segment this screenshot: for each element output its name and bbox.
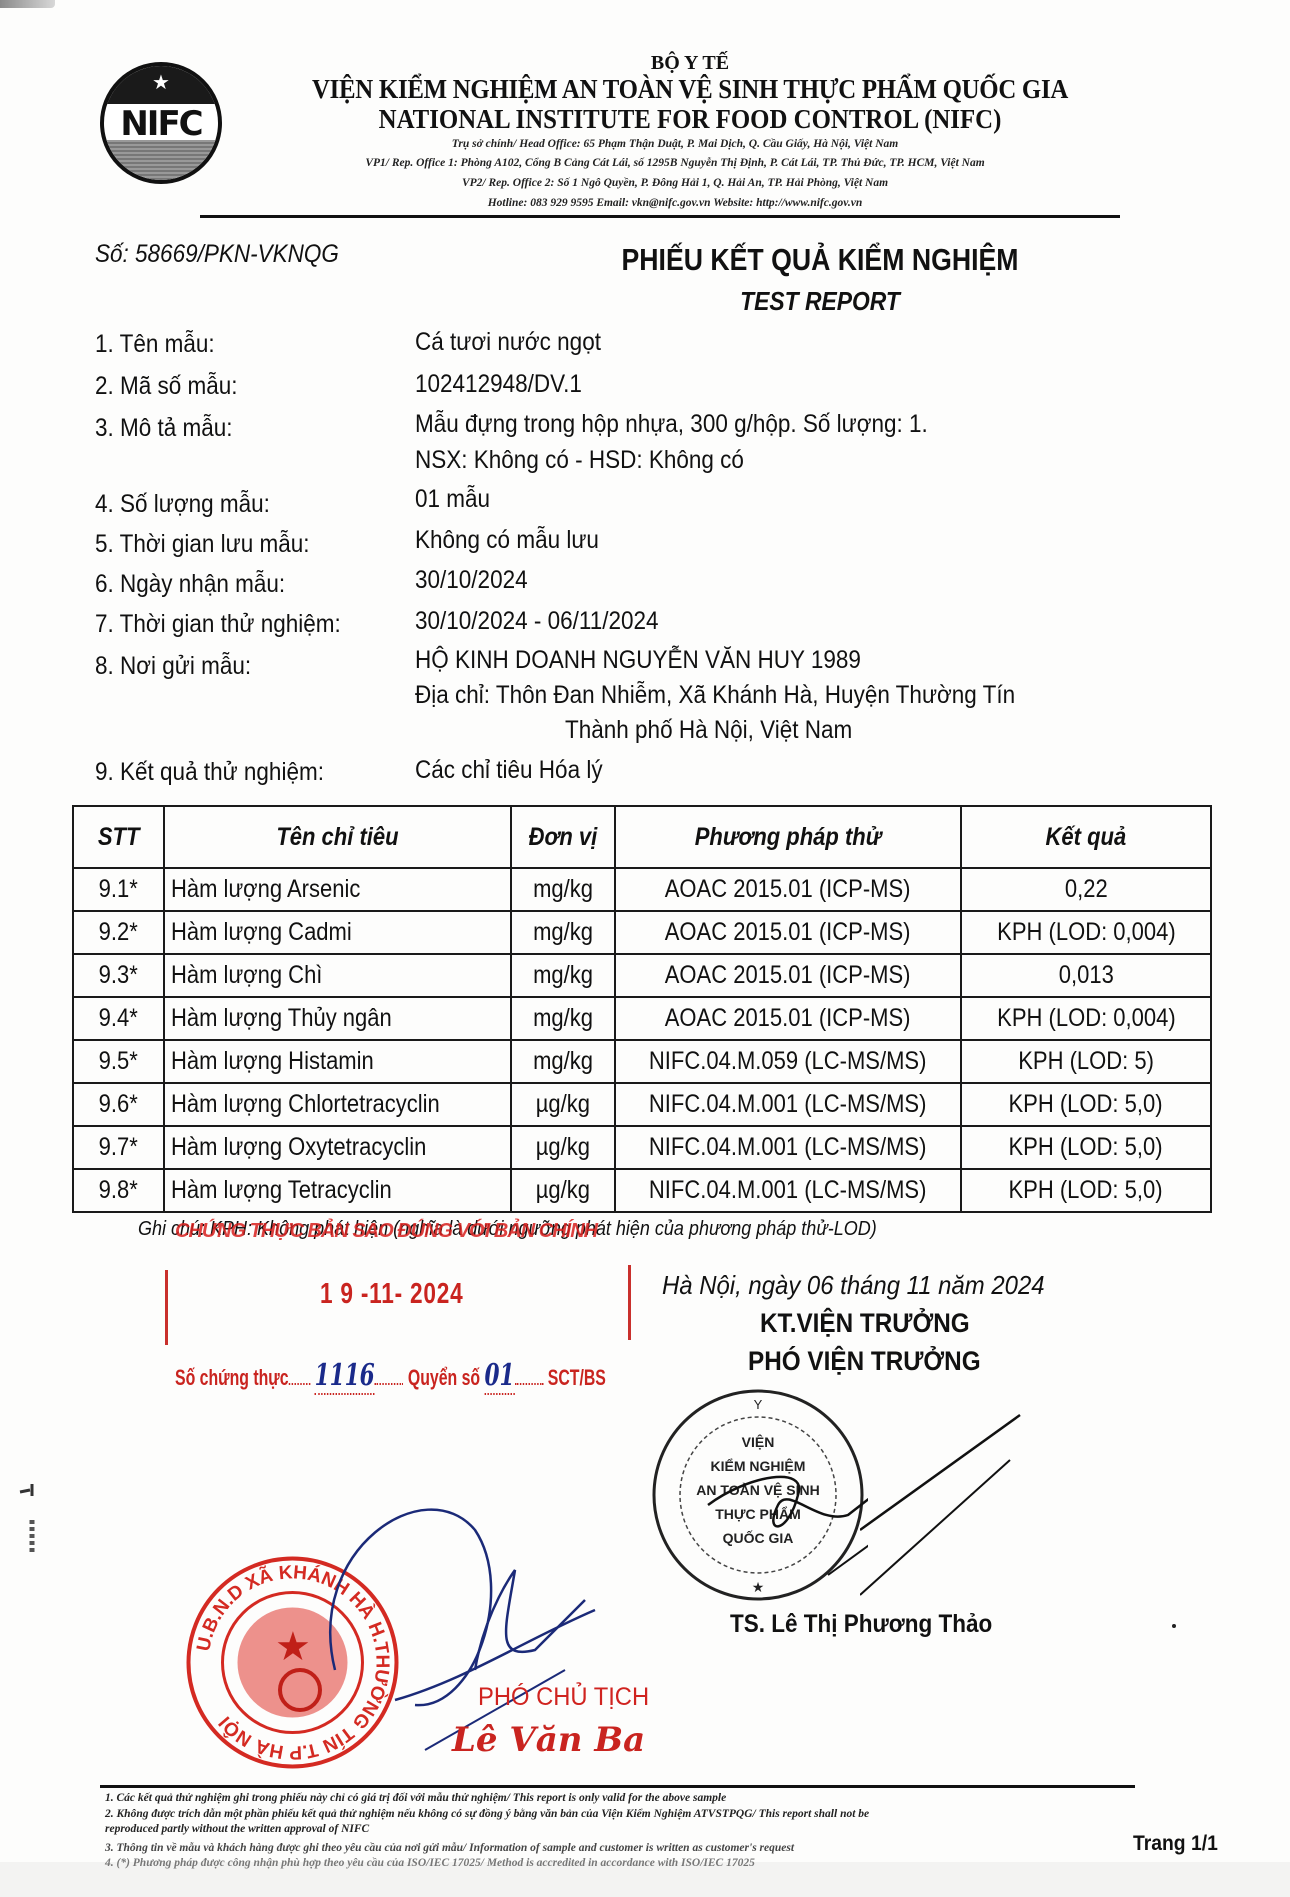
field-label-sample-description: 3. Mô tả mẫu:	[95, 414, 233, 443]
rep-office-1-address: VP1/ Rep. Office 1: Phòng A102, Cổng B C…	[200, 157, 1150, 169]
col-header-unit: Đơn vị	[511, 806, 615, 868]
certification-register-line: Số chứng thực 1116 Quyển số 01 SCT/BS	[175, 1358, 606, 1395]
cell-result: KPH (LOD: 0,004)	[961, 911, 1211, 954]
cell-unit: mg/kg	[511, 868, 615, 911]
footer-note-3: 3. Thông tin về mẫu và khách hàng được g…	[105, 1842, 794, 1854]
ministry-name: BỘ Y TẾ	[600, 52, 780, 75]
svg-text:KIỂM NGHIỆM: KIỂM NGHIỆM	[711, 1457, 806, 1474]
cell-indicator: Hàm lượng Chì	[164, 954, 511, 997]
chairman-name: Lê Văn Ba	[452, 1720, 645, 1760]
field-value-test-result: Các chỉ tiêu Hóa lý	[415, 756, 603, 785]
svg-text:★: ★	[752, 1579, 765, 1595]
field-value-sender-address: Địa chỉ: Thôn Đan Nhiễm, Xã Khánh Hà, Hu…	[415, 681, 1015, 710]
register-number: 1116	[315, 1358, 375, 1395]
register-label: Số chứng thực	[175, 1365, 289, 1390]
table-row: 9.2*Hàm lượng Cadmimg/kgAOAC 2015.01 (IC…	[73, 911, 1211, 954]
cell-indicator: Hàm lượng Chlortetracyclin	[164, 1083, 511, 1126]
cell-indicator: Hàm lượng Cadmi	[164, 911, 511, 954]
footer-note-4: 4. (*) Phương pháp được công nhận phù hợ…	[105, 1857, 755, 1869]
col-header-result: Kết quả	[961, 806, 1211, 868]
table-row: 9.8*Hàm lượng Tetracyclinµg/kgNIFC.04.M.…	[73, 1169, 1211, 1212]
cert-frame-right	[628, 1265, 631, 1340]
cell-result: 0,013	[961, 954, 1211, 997]
field-value-retention: Không có mẫu lưu	[415, 526, 599, 555]
certification-date: 1 9 -11- 2024	[320, 1278, 463, 1311]
stray-dot	[1172, 1624, 1176, 1628]
table-row: 9.4*Hàm lượng Thủy ngânmg/kgAOAC 2015.01…	[73, 997, 1211, 1040]
field-value-test-period: 30/10/2024 - 06/11/2024	[415, 607, 659, 636]
cell-stt: 9.5*	[73, 1040, 164, 1083]
cell-method: NIFC.04.M.001 (LC-MS/MS)	[615, 1126, 961, 1169]
field-label-retention: 5. Thời gian lưu mẫu:	[95, 530, 310, 559]
cell-stt: 9.4*	[73, 997, 164, 1040]
contact-line: Hotline: 083 929 9595 Email: vkn@nifc.go…	[200, 197, 1150, 209]
cell-method: NIFC.04.M.001 (LC-MS/MS)	[615, 1083, 961, 1126]
cell-unit: µg/kg	[511, 1169, 615, 1212]
col-header-stt: STT	[73, 806, 164, 868]
register-suffix: SCT/BS	[548, 1365, 606, 1390]
field-value-sample-name: Cá tươi nước ngọt	[415, 328, 601, 357]
scan-artifact	[18, 1480, 42, 1560]
head-office-address: Trụ sở chính/ Head Office: 65 Phạm Thận …	[200, 138, 1150, 150]
report-title: PHIẾU KẾT QUẢ KIỂM NGHIỆM	[562, 242, 1078, 278]
director-signature	[860, 1400, 1050, 1600]
footer-note-2-cont: reproduced partly without the written ap…	[105, 1823, 369, 1835]
table-header-row: STT Tên chỉ tiêu Đơn vị Phương pháp thử …	[73, 806, 1211, 868]
cell-method: AOAC 2015.01 (ICP-MS)	[615, 954, 961, 997]
star-icon: ★	[104, 72, 218, 94]
certification-overlay-text: CHỨNG THỰC BẢN SAO ĐÚNG VỚI BẢN CHÍNH	[175, 1220, 597, 1243]
document-page: ★ NIFC BỘ Y TẾ VIỆN KIỂM NGHIỆM AN TOÀN …	[0, 0, 1290, 1862]
field-label-sample-code: 2. Mã số mẫu:	[95, 372, 238, 401]
cell-result: KPH (LOD: 5,0)	[961, 1126, 1211, 1169]
cell-unit: mg/kg	[511, 1040, 615, 1083]
cell-result: KPH (LOD: 5,0)	[961, 1169, 1211, 1212]
cert-frame-left	[165, 1270, 168, 1345]
signer-title-2: PHÓ VIỆN TRƯỞNG	[748, 1346, 981, 1377]
cell-stt: 9.2*	[73, 911, 164, 954]
table-row: 9.1*Hàm lượng Arsenicmg/kgAOAC 2015.01 (…	[73, 868, 1211, 911]
table-row: 9.3*Hàm lượng Chìmg/kgAOAC 2015.01 (ICP-…	[73, 954, 1211, 997]
svg-text:VIỆN: VIỆN	[742, 1433, 775, 1450]
field-value-sample-description: Mẫu đựng trong hộp nhựa, 300 g/hộp. Số l…	[415, 410, 928, 439]
cell-method: AOAC 2015.01 (ICP-MS)	[615, 868, 961, 911]
footer-divider	[100, 1785, 1135, 1788]
book-label: Quyển số	[408, 1365, 480, 1390]
cell-unit: µg/kg	[511, 1126, 615, 1169]
field-value-sender-city: Thành phố Hà Nội, Việt Nam	[565, 716, 852, 745]
cell-method: AOAC 2015.01 (ICP-MS)	[615, 997, 961, 1040]
col-header-indicator: Tên chỉ tiêu	[164, 806, 511, 868]
place-and-date: Hà Nội, ngày 06 tháng 11 năm 2024	[662, 1270, 1045, 1301]
scan-edge-mark	[0, 0, 55, 8]
cell-unit: mg/kg	[511, 954, 615, 997]
table-row: 9.6*Hàm lượng Chlortetracyclinµg/kgNIFC.…	[73, 1083, 1211, 1126]
page-number: Trang 1/1	[1133, 1832, 1218, 1856]
field-value-sample-quantity: 01 mẫu	[415, 485, 490, 514]
cell-result: 0,22	[961, 868, 1211, 911]
book-number: 01	[485, 1358, 515, 1395]
institute-stamp: Y ★ VIỆNKIỂM NGHIỆMAN TOÀN VỆ SINHTHỰC P…	[648, 1385, 868, 1605]
cell-method: NIFC.04.M.001 (LC-MS/MS)	[615, 1169, 961, 1212]
institute-name-en: NATIONAL INSTITUTE FOR FOOD CONTROL (NIF…	[331, 104, 1049, 135]
svg-text:Y: Y	[754, 1397, 763, 1412]
field-label-sample-quantity: 4. Số lượng mẫu:	[95, 490, 270, 519]
cell-unit: µg/kg	[511, 1083, 615, 1126]
field-value-sample-description-2: NSX: Không có - HSD: Không có	[415, 446, 744, 475]
cell-stt: 9.7*	[73, 1126, 164, 1169]
svg-text:QUỐC GIA: QUỐC GIA	[723, 1529, 794, 1546]
cell-unit: mg/kg	[511, 997, 615, 1040]
cell-stt: 9.3*	[73, 954, 164, 997]
col-header-method: Phương pháp thử	[615, 806, 961, 868]
results-table: STT Tên chỉ tiêu Đơn vị Phương pháp thử …	[72, 805, 1212, 1213]
cell-indicator: Hàm lượng Histamin	[164, 1040, 511, 1083]
cell-result: KPH (LOD: 5)	[961, 1040, 1211, 1083]
field-label-sample-name: 1. Tên mẫu:	[95, 330, 215, 359]
cell-indicator: Hàm lượng Tetracyclin	[164, 1169, 511, 1212]
rep-office-2-address: VP2/ Rep. Office 2: Số 1 Ngô Quyền, P. Đ…	[200, 177, 1150, 189]
signer-name: TS. Lê Thị Phương Thảo	[730, 1610, 992, 1639]
field-label-test-result: 9. Kết quả thử nghiệm:	[95, 758, 324, 787]
field-label-test-period: 7. Thời gian thử nghiệm:	[95, 610, 341, 639]
field-label-sender: 8. Nơi gửi mẫu:	[95, 652, 251, 681]
cell-unit: mg/kg	[511, 911, 615, 954]
cell-method: AOAC 2015.01 (ICP-MS)	[615, 911, 961, 954]
header-divider	[200, 215, 1120, 218]
footer-note-1: 1. Các kết quả thử nghiệm ghi trong phiế…	[105, 1792, 726, 1804]
cell-indicator: Hàm lượng Arsenic	[164, 868, 511, 911]
cell-stt: 9.6*	[73, 1083, 164, 1126]
field-value-received-date: 30/10/2024	[415, 566, 528, 595]
report-number: Số: 58669/PKN-VKNQG	[95, 240, 339, 269]
table-row: 9.5*Hàm lượng Histaminmg/kgNIFC.04.M.059…	[73, 1040, 1211, 1083]
cell-indicator: Hàm lượng Oxytetracyclin	[164, 1126, 511, 1169]
report-subtitle: TEST REPORT	[644, 286, 996, 317]
cell-result: KPH (LOD: 0,004)	[961, 997, 1211, 1040]
cell-stt: 9.1*	[73, 868, 164, 911]
field-value-sender: HỘ KINH DOANH NGUYỄN VĂN HUY 1989	[415, 646, 861, 675]
cell-result: KPH (LOD: 5,0)	[961, 1083, 1211, 1126]
svg-text:AN TOÀN VỆ SINH: AN TOÀN VỆ SINH	[696, 1481, 819, 1498]
field-value-sample-code: 102412948/DV.1	[415, 370, 582, 399]
field-label-received-date: 6. Ngày nhận mẫu:	[95, 570, 285, 599]
table-row: 9.7*Hàm lượng Oxytetracyclinµg/kgNIFC.04…	[73, 1126, 1211, 1169]
chairman-title: PHÓ CHỦ TỊCH	[478, 1683, 649, 1712]
institute-name-vn: VIỆN KIỂM NGHIỆM AN TOÀN VỆ SINH THỰC PH…	[290, 74, 1090, 105]
signer-title-1: KT.VIỆN TRƯỞNG	[760, 1308, 970, 1339]
cell-stt: 9.8*	[73, 1169, 164, 1212]
cell-method: NIFC.04.M.059 (LC-MS/MS)	[615, 1040, 961, 1083]
footer-note-2: 2. Không được trích dẫn một phần phiếu k…	[105, 1808, 869, 1820]
cell-indicator: Hàm lượng Thủy ngân	[164, 997, 511, 1040]
